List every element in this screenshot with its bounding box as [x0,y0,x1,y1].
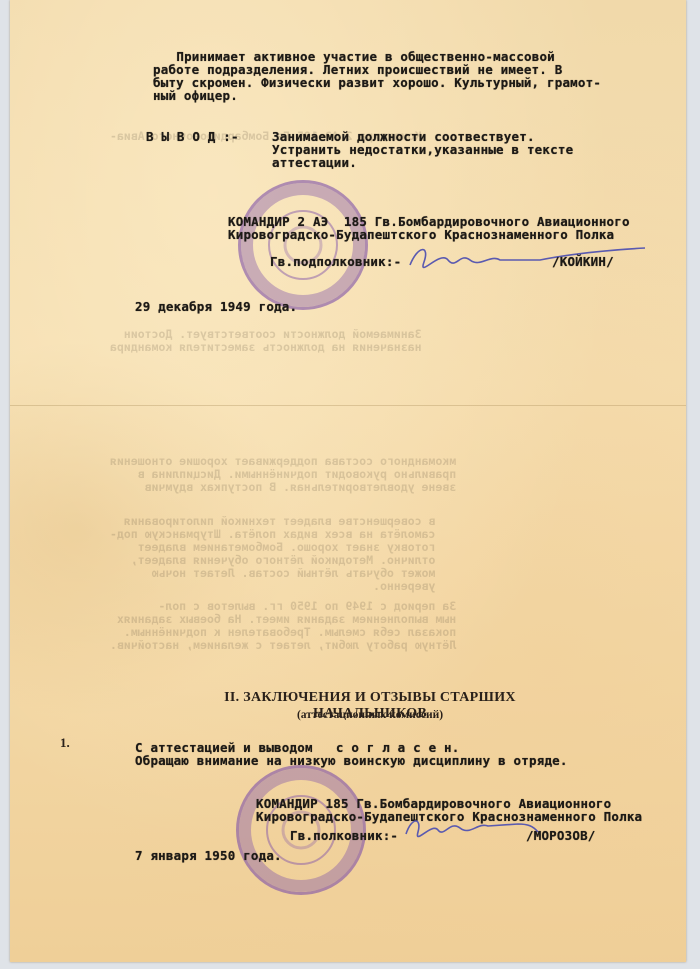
signatory-name: /МОРОЗОВ/ [526,829,596,842]
item-number: 1. [60,735,70,751]
official-stamp [238,180,368,310]
rank-label: Гв.полковник:- [290,829,398,842]
rank-label: Гв.подполковник:- [270,255,401,268]
section-subheading: (аттестационных комиссий) [170,709,570,721]
signatory-name: /КОЙКИН/ [552,255,614,268]
bleed-through-text: мкомандного состава поддерживает хорошие… [110,455,456,494]
fold-line [10,405,686,406]
conclusion-label: В Ы В О Д :- [146,130,239,143]
bleed-through-text: в совершенстве владеет техникой пилотиро… [110,515,435,593]
signature-date: 29 декабря 1949 года. [135,300,297,313]
bleed-through-text: Занимаемой должности соответствует. Дост… [110,328,422,354]
review-line: Обращаю внимание на низкую воинскую дисц… [135,754,568,767]
conclusion-line: аттестации. [272,156,357,169]
characteristic-line: ный офицер. [153,89,238,102]
signature-date: 7 января 1950 года. [135,849,282,862]
bleed-through-text: За период с 1949 по 1950 гг. вылетов с п… [110,600,456,652]
